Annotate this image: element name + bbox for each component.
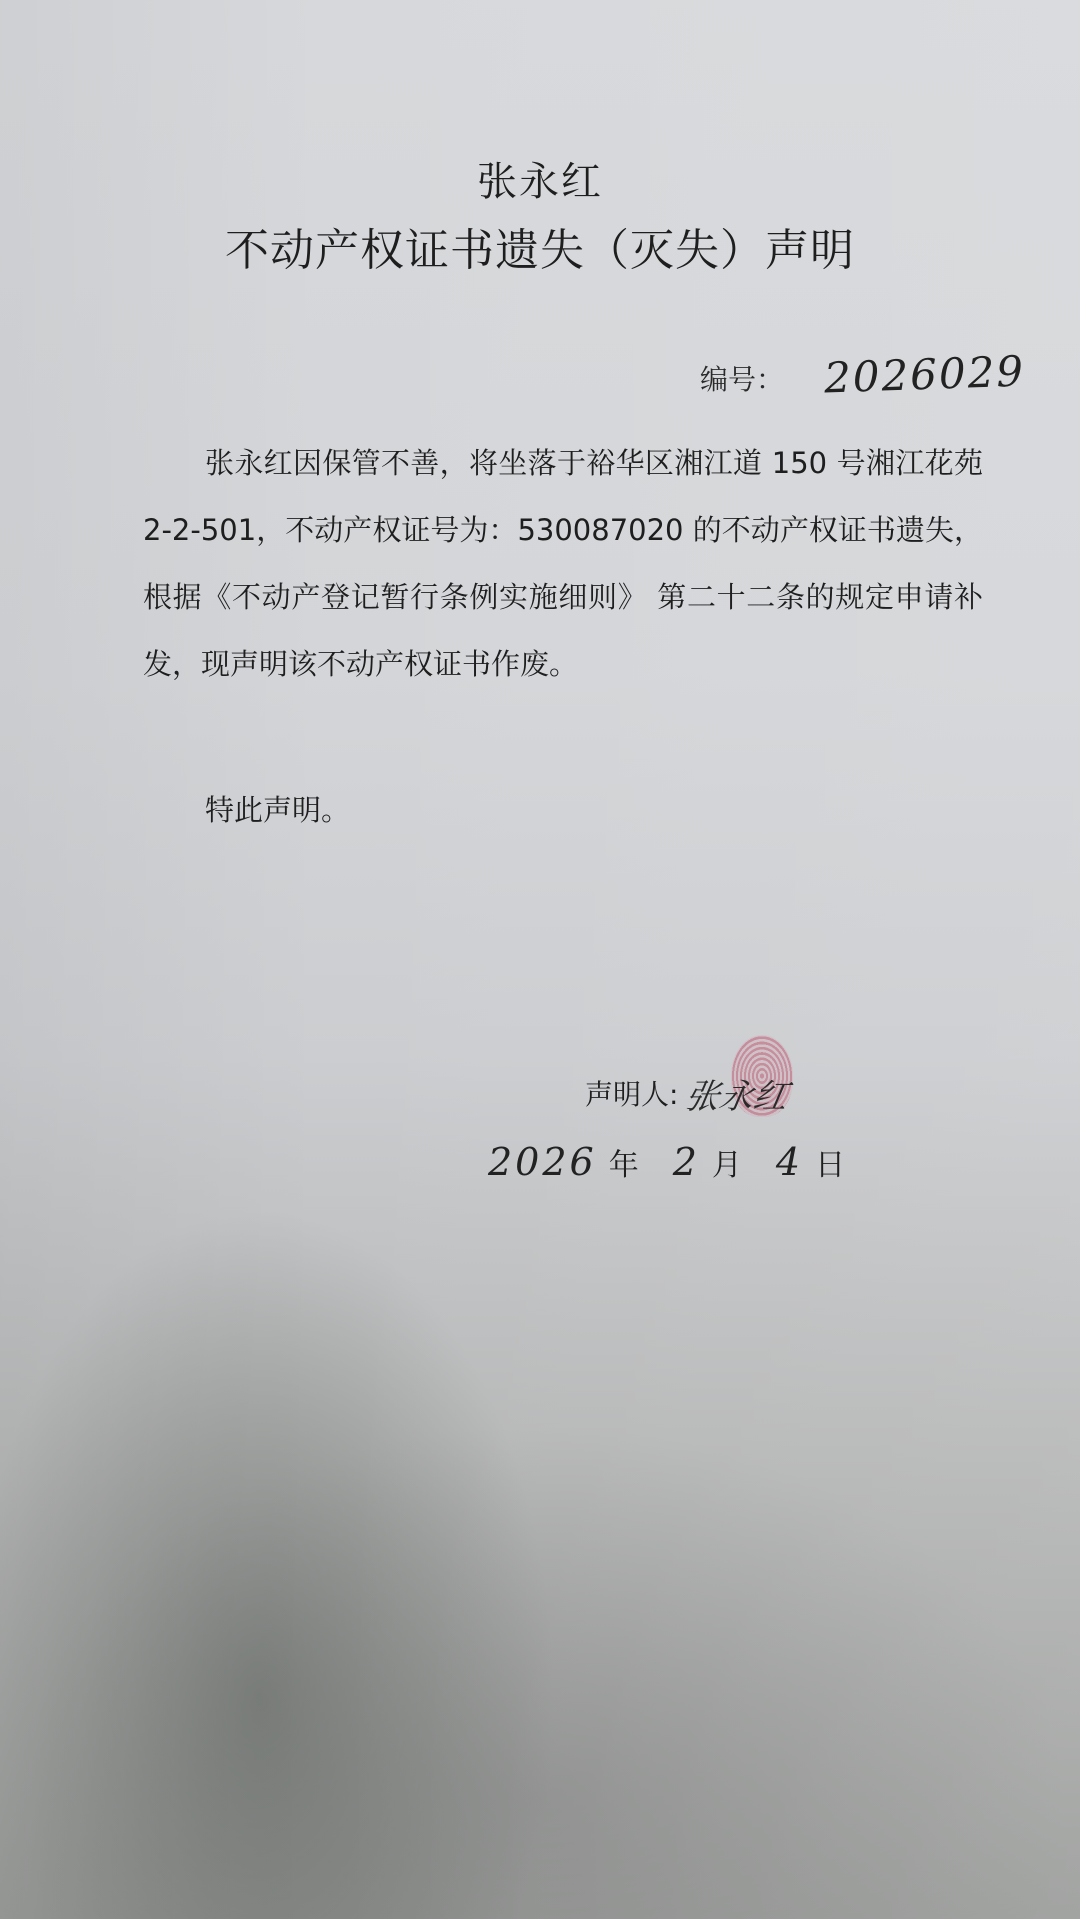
signature-row: 声明人: 张永红 — [585, 1063, 846, 1123]
date-day: 4 — [776, 1140, 803, 1184]
serial-value-handwritten: 2026029 — [823, 347, 1026, 403]
date-month: 2 — [673, 1140, 700, 1184]
date-day-unit: 日 — [815, 1140, 845, 1184]
date-row: 2026 年 2 月 4 日 — [488, 1140, 845, 1184]
signature-handwritten: 张永红 — [682, 1069, 793, 1118]
serial-label: 编号： — [700, 358, 784, 398]
document-title: 不动产权证书遗失（灭失）声明 — [0, 214, 1080, 278]
document-title-name: 张永红 — [0, 150, 1080, 207]
paper-shading — [0, 0, 1080, 1919]
date-month-unit: 月 — [712, 1140, 742, 1184]
statement-body: 张永红因保管不善，将坐落于裕华区湘江道 150 号湘江花苑 2-2-501，不动… — [143, 430, 983, 698]
date-year-unit: 年 — [609, 1140, 639, 1184]
serial-number: 编号： 2026029 — [700, 350, 1025, 399]
closing-text: 特此声明。 — [205, 788, 350, 829]
signature-label: 声明人: — [585, 1073, 678, 1113]
signature-area: 张永红 — [686, 1063, 846, 1123]
date-year: 2026 — [488, 1140, 597, 1184]
